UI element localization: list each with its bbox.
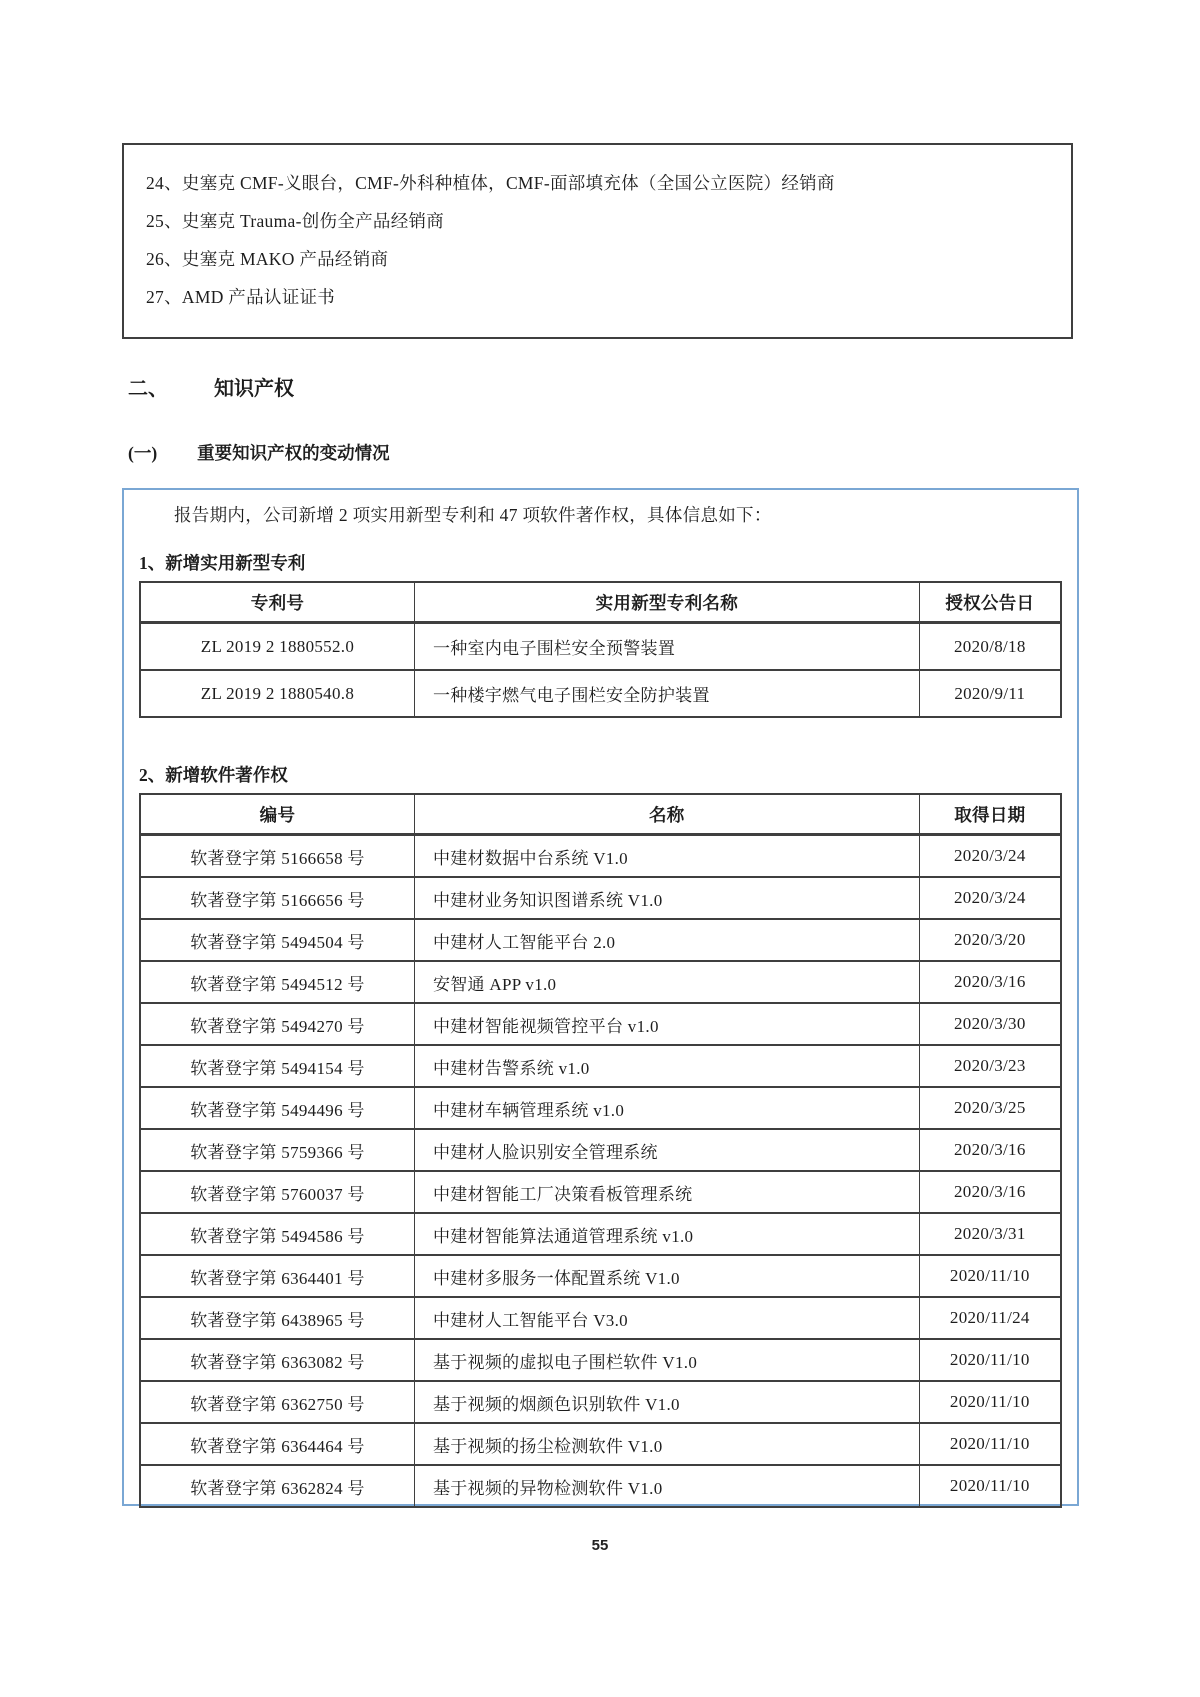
report-page: 24、史塞克 CMF-义眼台，CMF-外科种植体，CMF-面部填充体（全国公立医…: [0, 0, 1200, 1697]
table-cell: 中建材人工智能平台 2.0: [414, 919, 919, 961]
table-cell: 2020/3/16: [919, 1129, 1061, 1171]
table-cell: 中建材人工智能平台 V3.0: [414, 1297, 919, 1339]
subsection-number: (一): [128, 440, 157, 465]
patent-table: 专利号实用新型专利名称授权公告日 ZL 2019 2 1880552.0一种室内…: [139, 581, 1062, 718]
table-cell: 软著登字第 6438965 号: [140, 1297, 414, 1339]
table-cell: 2020/3/16: [919, 961, 1061, 1003]
list-item: 24、史塞克 CMF-义眼台，CMF-外科种植体，CMF-面部填充体（全国公立医…: [146, 173, 1049, 193]
column-header: 编号: [140, 794, 414, 835]
table-cell: 2020/3/20: [919, 919, 1061, 961]
intro-paragraph: 报告期内，公司新增 2 项实用新型专利和 47 项软件著作权，具体信息如下：: [139, 503, 1062, 527]
supplier-list-box: 24、史塞克 CMF-义眼台，CMF-外科种植体，CMF-面部填充体（全国公立医…: [122, 143, 1073, 339]
table-row: 软著登字第 5494270 号中建材智能视频管控平台 v1.02020/3/30: [140, 1003, 1061, 1045]
table-cell: 基于视频的扬尘检测软件 V1.0: [414, 1423, 919, 1465]
column-header: 取得日期: [919, 794, 1061, 835]
table-header-row: 专利号实用新型专利名称授权公告日: [140, 582, 1061, 623]
table-cell: 软著登字第 6364464 号: [140, 1423, 414, 1465]
table-cell: ZL 2019 2 1880540.8: [140, 670, 414, 717]
table-cell: 2020/3/31: [919, 1213, 1061, 1255]
table-cell: 中建材智能视频管控平台 v1.0: [414, 1003, 919, 1045]
table-header-row: 编号名称取得日期: [140, 794, 1061, 835]
table-cell: 软著登字第 5494496 号: [140, 1087, 414, 1129]
column-header: 专利号: [140, 582, 414, 623]
table-cell: 2020/3/25: [919, 1087, 1061, 1129]
table-row: 软著登字第 6364464 号基于视频的扬尘检测软件 V1.02020/11/1…: [140, 1423, 1061, 1465]
table-cell: 软著登字第 5494586 号: [140, 1213, 414, 1255]
table-row: 软著登字第 5494586 号中建材智能算法通道管理系统 v1.02020/3/…: [140, 1213, 1061, 1255]
table-cell: 安智通 APP v1.0: [414, 961, 919, 1003]
list-item: 27、AMD 产品认证证书: [146, 287, 1049, 307]
table-cell: 基于视频的虚拟电子围栏软件 V1.0: [414, 1339, 919, 1381]
table-cell: 中建材车辆管理系统 v1.0: [414, 1087, 919, 1129]
table-cell: 软著登字第 5759366 号: [140, 1129, 414, 1171]
software-table: 编号名称取得日期 软著登字第 5166658 号中建材数据中台系统 V1.020…: [139, 793, 1062, 1508]
table-row: 软著登字第 5166656 号中建材业务知识图谱系统 V1.02020/3/24: [140, 877, 1061, 919]
table-cell: 软著登字第 5760037 号: [140, 1171, 414, 1213]
table-cell: 软著登字第 5494512 号: [140, 961, 414, 1003]
column-header: 实用新型专利名称: [414, 582, 919, 623]
table-row: 软著登字第 5760037 号中建材智能工厂决策看板管理系统2020/3/16: [140, 1171, 1061, 1213]
table-cell: 中建材数据中台系统 V1.0: [414, 835, 919, 878]
table-row: 软著登字第 5166658 号中建材数据中台系统 V1.02020/3/24: [140, 835, 1061, 878]
table-cell: 一种室内电子围栏安全预警装置: [414, 623, 919, 671]
page-number: 55: [0, 1537, 1200, 1554]
table-cell: 中建材智能工厂决策看板管理系统: [414, 1171, 919, 1213]
table-cell: 软著登字第 5494154 号: [140, 1045, 414, 1087]
table-row: ZL 2019 2 1880552.0一种室内电子围栏安全预警装置2020/8/…: [140, 623, 1061, 671]
column-header: 名称: [414, 794, 919, 835]
table-cell: 软著登字第 5494270 号: [140, 1003, 414, 1045]
ip-content-box: 报告期内，公司新增 2 项实用新型专利和 47 项软件著作权，具体信息如下： 1…: [122, 488, 1079, 1506]
table-row: 软著登字第 5759366 号中建材人脸识别安全管理系统2020/3/16: [140, 1129, 1061, 1171]
table-cell: 软著登字第 5166656 号: [140, 877, 414, 919]
software-table-heading: 2、新增软件著作权: [139, 764, 1062, 786]
table-row: 软著登字第 6362750 号基于视频的烟颜色识别软件 V1.02020/11/…: [140, 1381, 1061, 1423]
table-row: 软著登字第 5494504 号中建材人工智能平台 2.02020/3/20: [140, 919, 1061, 961]
table-cell: 2020/11/10: [919, 1465, 1061, 1507]
section-heading: 二、 知识产权: [128, 372, 294, 401]
table-cell: ZL 2019 2 1880552.0: [140, 623, 414, 671]
table-row: 软著登字第 6438965 号中建材人工智能平台 V3.02020/11/24: [140, 1297, 1061, 1339]
table-cell: 2020/9/11: [919, 670, 1061, 717]
subsection-title: 重要知识产权的变动情况: [197, 440, 390, 465]
table-cell: 中建材智能算法通道管理系统 v1.0: [414, 1213, 919, 1255]
table-cell: 2020/8/18: [919, 623, 1061, 671]
section-title: 知识产权: [214, 372, 294, 401]
table-cell: 中建材人脸识别安全管理系统: [414, 1129, 919, 1171]
table-cell: 中建材业务知识图谱系统 V1.0: [414, 877, 919, 919]
table-cell: 软著登字第 5166658 号: [140, 835, 414, 878]
table-row: ZL 2019 2 1880540.8一种楼宇燃气电子围栏安全防护装置2020/…: [140, 670, 1061, 717]
table-row: 软著登字第 6362824 号基于视频的异物检测软件 V1.02020/11/1…: [140, 1465, 1061, 1507]
table-cell: 2020/3/16: [919, 1171, 1061, 1213]
table-row: 软著登字第 6364401 号中建材多服务一体配置系统 V1.02020/11/…: [140, 1255, 1061, 1297]
table-cell: 基于视频的异物检测软件 V1.0: [414, 1465, 919, 1507]
table-row: 软著登字第 5494512 号安智通 APP v1.02020/3/16: [140, 961, 1061, 1003]
table-cell: 软著登字第 6362824 号: [140, 1465, 414, 1507]
table-cell: 一种楼宇燃气电子围栏安全防护装置: [414, 670, 919, 717]
table-cell: 2020/3/24: [919, 877, 1061, 919]
table-cell: 2020/11/24: [919, 1297, 1061, 1339]
table-cell: 2020/11/10: [919, 1255, 1061, 1297]
table-cell: 中建材多服务一体配置系统 V1.0: [414, 1255, 919, 1297]
table-row: 软著登字第 6363082 号基于视频的虚拟电子围栏软件 V1.02020/11…: [140, 1339, 1061, 1381]
table-row: 软著登字第 5494154 号中建材告警系统 v1.02020/3/23: [140, 1045, 1061, 1087]
table-cell: 2020/3/23: [919, 1045, 1061, 1087]
table-cell: 2020/3/30: [919, 1003, 1061, 1045]
patent-table-heading: 1、新增实用新型专利: [139, 552, 1062, 574]
subsection-heading: (一) 重要知识产权的变动情况: [128, 440, 390, 465]
section-number: 二、: [128, 372, 168, 401]
table-cell: 软著登字第 6364401 号: [140, 1255, 414, 1297]
table-cell: 2020/11/10: [919, 1339, 1061, 1381]
table-cell: 2020/3/24: [919, 835, 1061, 878]
table-cell: 软著登字第 6363082 号: [140, 1339, 414, 1381]
column-header: 授权公告日: [919, 582, 1061, 623]
table-cell: 基于视频的烟颜色识别软件 V1.0: [414, 1381, 919, 1423]
table-cell: 软著登字第 5494504 号: [140, 919, 414, 961]
supplier-list: 24、史塞克 CMF-义眼台，CMF-外科种植体，CMF-面部填充体（全国公立医…: [146, 173, 1049, 307]
table-cell: 2020/11/10: [919, 1381, 1061, 1423]
table-row: 软著登字第 5494496 号中建材车辆管理系统 v1.02020/3/25: [140, 1087, 1061, 1129]
list-item: 25、史塞克 Trauma-创伤全产品经销商: [146, 211, 1049, 231]
table-cell: 中建材告警系统 v1.0: [414, 1045, 919, 1087]
table-cell: 软著登字第 6362750 号: [140, 1381, 414, 1423]
list-item: 26、史塞克 MAKO 产品经销商: [146, 249, 1049, 269]
table-cell: 2020/11/10: [919, 1423, 1061, 1465]
